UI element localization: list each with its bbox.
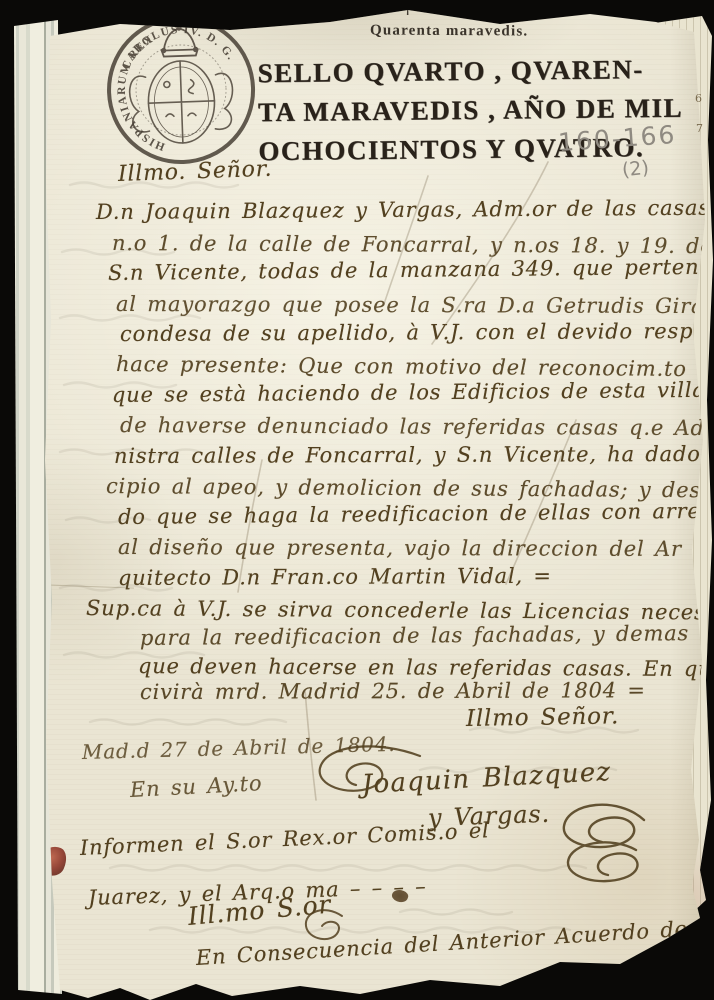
edge-mark: 7	[696, 122, 703, 135]
archival-photograph: † Quarenta maravedis.	[0, 0, 714, 1000]
body-line: que deven hacerse en las referidas casas…	[138, 654, 714, 681]
body-line: do que se haga la reedificacion de ellas…	[118, 499, 714, 529]
body-line: hace presente: Que con motivo del recono…	[116, 352, 714, 382]
body-line: de haverse denunciado las referidas casa…	[120, 413, 714, 440]
body-line: al mayorazgo que posee la S.ra D.a Getru…	[116, 292, 714, 318]
body-line: nistra calles de Foncarral, y S.n Vicent…	[114, 442, 714, 468]
body-line: D.n Joaquin Blazquez y Vargas, Adm.or de…	[96, 196, 710, 224]
edge-mark: 6	[695, 92, 702, 105]
marginal-note: En su Ay.to	[129, 771, 263, 802]
body-line: cipio al apeo, y demolicion de sus facha…	[106, 474, 714, 502]
document-page: † Quarenta maravedis.	[0, 0, 714, 1000]
body-line: civirà mrd. Madrid 25. de Abril de 1804 …	[140, 678, 646, 704]
body-line: para la reedificacion de las fachadas, y…	[140, 621, 714, 650]
royal-seal: CAROLUS IV. D. G. HISPANIARUM REX	[83, 7, 278, 172]
body-line: n.o 1. de la calle de Foncarral, y n.os …	[112, 231, 714, 259]
body-line: quitecto D.n Fran.co Martin Vidal, =	[118, 564, 552, 590]
stamp-title-line-1: SELLO QVARTO , QVAREN-	[257, 50, 682, 93]
body-line: S.n Vicente, todas de la manzana 349. qu…	[108, 254, 714, 285]
rubric-flourish-icon	[548, 798, 658, 898]
cross-mark-icon: †	[404, 2, 411, 18]
page-number-annotation: (2)	[621, 157, 650, 182]
body-line: al diseño que presenta, vajo la direccio…	[118, 535, 682, 561]
signoff-rubric-icon	[298, 906, 348, 948]
body-line: que se està haciendo de los Edificios de…	[112, 378, 714, 407]
tax-denomination: Quarenta maravedis.	[370, 22, 528, 40]
signature-paraph-icon	[308, 738, 428, 808]
decree-line: Informen el S.or Rex.or Comis.o el	[79, 818, 490, 860]
closing-salutation: Illmo Señor.	[466, 703, 620, 732]
body-line: condesa de su apellido, à V.J. con el de…	[120, 319, 714, 346]
stamp-title: SELLO QVARTO , QVAREN- TA MARAVEDIS , AÑ…	[257, 50, 683, 171]
body-line: Sup.ca à V.J. se sirva concederle las Li…	[86, 596, 714, 625]
